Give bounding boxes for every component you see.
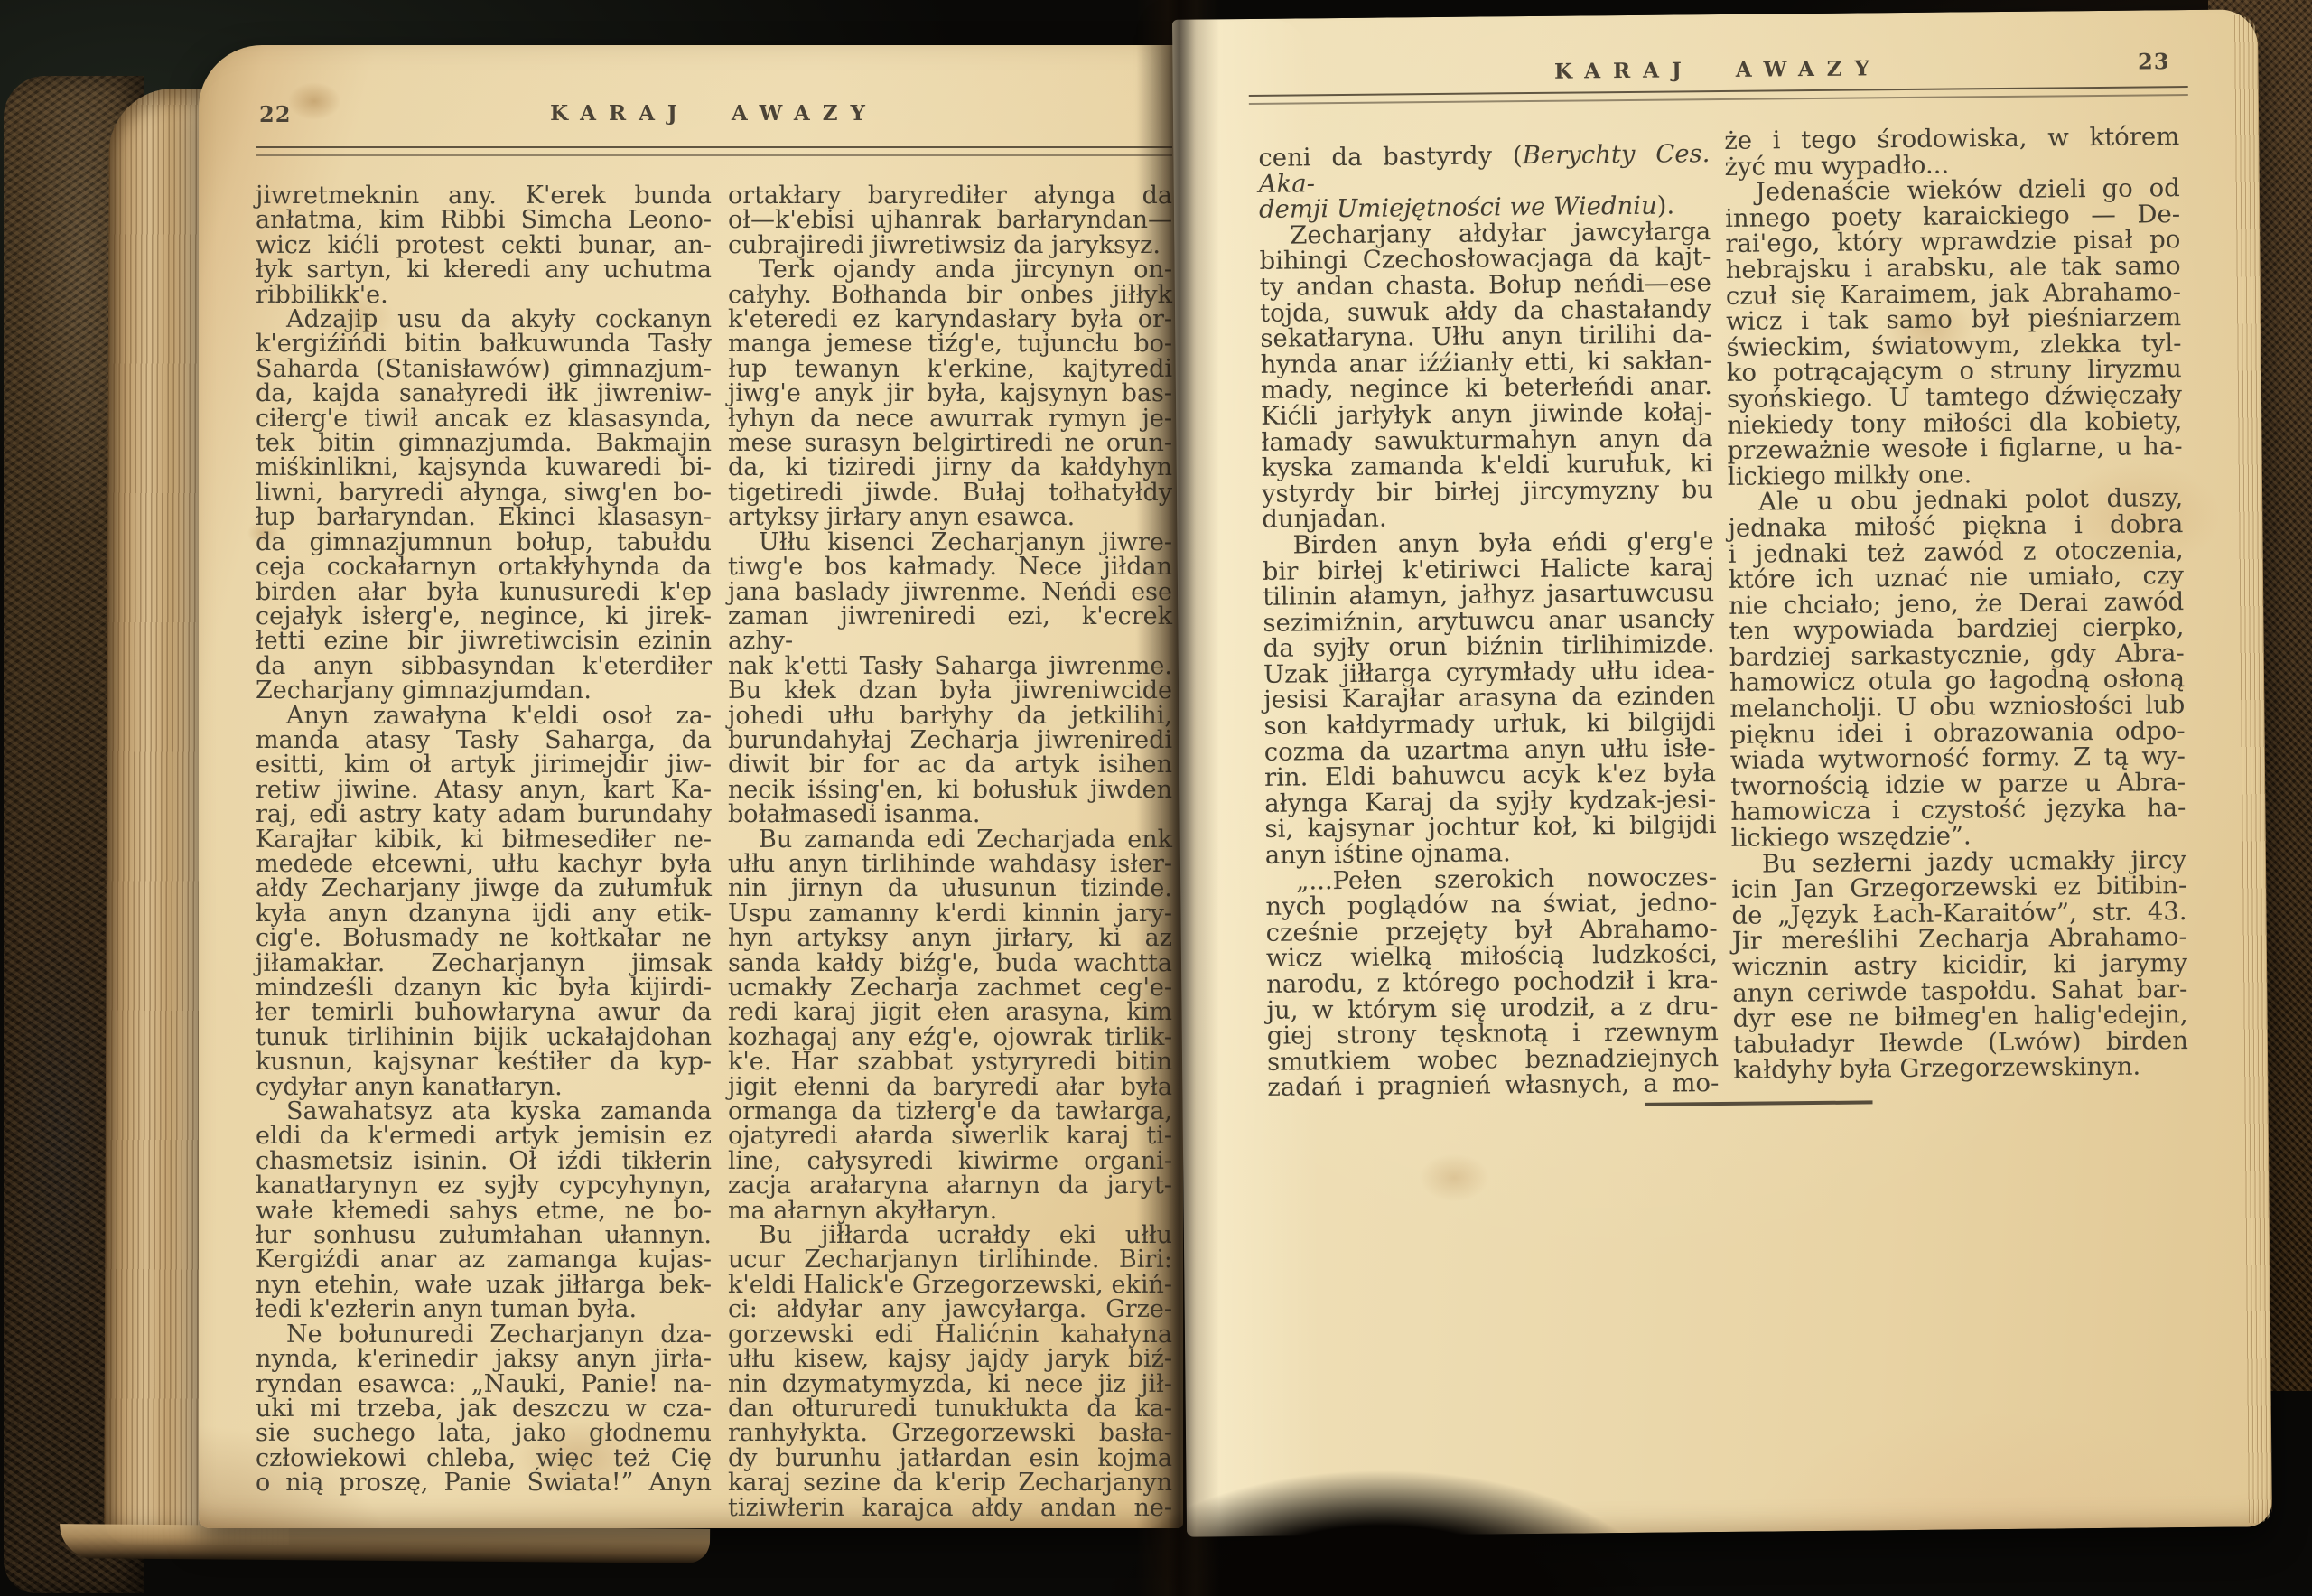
text-line: Ułłu kisenci Zecharjanyn jiwre- <box>728 530 1172 555</box>
text-line: łer temirli buhowłaryna awur da <box>256 1000 712 1024</box>
text-line: tigetiredi jiwde. Bułaj tołhatyłdy <box>728 481 1172 505</box>
text-line: jiwretmeknin any. K'erek bunda <box>256 183 712 208</box>
text-line: ystyrdy bir birłej jircymyzny bu <box>1262 477 1713 507</box>
page-number-left: 22 <box>259 101 291 127</box>
text-line: Kergiźdi anar az zamanga kujas- <box>256 1247 712 1272</box>
text-line: jiwg'e anyk jir była, kajsynyn bas- <box>728 381 1172 406</box>
text-line: zaman jiwreniredi ezi, k'ecrek azhy- <box>728 604 1172 654</box>
text-line: johedi ułłu barłyhy da jetkilihi, <box>728 704 1172 728</box>
text-line: da, kajda sanałyredi iłk jiwreniw- <box>256 381 712 406</box>
text-line: kałdyhy była Grzegorzewskinyn. <box>1733 1053 2188 1083</box>
text-line: nynda, k'erinedir jaksy anyn jirła- <box>256 1347 712 1371</box>
text-line: chasmetsiz isinin. Oł iźdi tikłerin <box>256 1149 712 1173</box>
text-line: sie suchego lata, jako głodnemu <box>256 1421 712 1445</box>
text-line: łup barłaryndan. Ekinci klasasyn- <box>256 505 712 529</box>
text-line: że i tego środowiska, w którem <box>1724 124 2179 154</box>
text-line: esitti, kim oł artyk jirimejdir jiw- <box>256 752 712 777</box>
text-line: jiłamakłar. Zecharjanyn jimsak <box>256 951 712 975</box>
text-line: jana baslady jiwrenme. Neńdi ese <box>728 580 1172 604</box>
text-line: Anyn zawałyna k'eldi osoł za- <box>256 704 712 728</box>
text-line: anłatma, kim Ribbi Simcha Leono- <box>256 208 712 232</box>
text-line: miśkinlikni, kajsynda kuwaredi bi- <box>256 455 712 480</box>
text-line: Terk ojandy anda jircynyn on- <box>728 257 1172 282</box>
text-line: raj, edi astry katy adam burundahy <box>256 802 712 826</box>
book-page-right: KARAJ AWAZY 23 ceni da bastyrdy (Berycht… <box>1172 9 2272 1536</box>
text-line: Saharda (Stanisławów) gimnazjum- <box>256 357 712 381</box>
text-line: ranhyłykta. Grzegorzewski basła- <box>728 1421 1172 1445</box>
text-line: k'eldi Halick'e Grzegorzewski, ekiń- <box>728 1273 1172 1297</box>
text-line: redi karaj jigit ełen arasyna, kim <box>728 1000 1172 1024</box>
text-line: birden ałar była kunusuredi k'ep <box>256 580 712 604</box>
text-line: k'eteredi ez karyndasłary była or- <box>728 307 1172 331</box>
text-line: tiziwłerin karajca ałdy andan ne- <box>728 1496 1172 1520</box>
text-line: łyhyn da nece awurrak rymyn je- <box>728 406 1172 431</box>
text-line: ucur Zecharjanyn tirlihinde. Biri: <box>728 1247 1172 1272</box>
text-line: ojatyredi ałarda siwerlik karaj ti- <box>728 1124 1172 1148</box>
text-line: sanda kałdy biźg'e, buda wachtta <box>728 951 1172 975</box>
text-line: ma ałarnyn akyłłaryn. <box>728 1199 1172 1223</box>
text-line: dan ołtururedi tunukłukta da ka- <box>728 1396 1172 1421</box>
text-line: łedi k'ezłerin anyn tuman była. <box>256 1297 712 1321</box>
text-line: line, całysyredi kiwirme organi- <box>728 1149 1172 1173</box>
text-line: Zecharjany gimnazjumdan. <box>256 678 712 703</box>
text-line: ormanga da tizłerg'e da tawłarga, <box>728 1099 1172 1124</box>
text-line: liwni, baryredi ałynga, siwg'en bo- <box>256 481 712 505</box>
text-line: uki mi trzeba, jak deszczu w cza- <box>256 1396 712 1421</box>
text-line: Ne bołunuredi Zecharjanyn dza- <box>256 1322 712 1347</box>
journal-title: KARAJ AWAZY <box>1257 53 2178 87</box>
book-photo: 22 KARAJ AWAZY jiwretmeknin any. K'erek … <box>0 0 2312 1596</box>
text-line: łur sonhusu zułumłahan ułannyn. <box>256 1223 712 1247</box>
text-line: cubrajiredi jiwretiwsiz da jaryksyz. <box>728 233 1172 257</box>
text-line: ci: ałdyłar any jawcyłarga. Grze- <box>728 1297 1172 1321</box>
text-line: eldi da k'ermedi artyk jemisin ez <box>256 1124 712 1148</box>
text-line: Sawahatsyz ata kyska zamanda <box>256 1099 712 1124</box>
text-line: mese surasyn belgirtiredi ne orun- <box>728 431 1172 455</box>
header-rule <box>256 146 1172 156</box>
text-column-left: ceni da bastyrdy (Berychty Ces. Aka-demj… <box>1258 141 1719 1101</box>
text-line: tunuk tirlihinin bijik uckałajdohan <box>256 1025 712 1050</box>
text-line: Bu zamanda edi Zecharjada enk <box>728 827 1172 852</box>
text-line: ułłu kisew, kajsy jajdy jaryk biź- <box>728 1347 1172 1371</box>
journal-title: KARAJ AWAZY <box>256 101 1172 126</box>
text-line: ceni da bastyrdy (Berychty Ces. Aka- <box>1258 141 1711 197</box>
text-line: jigit ełenni da baryredi ałar była <box>728 1075 1172 1099</box>
text-line: mindześli dzanyn kic była kijirdi- <box>256 975 712 1000</box>
text-line: Uspu zamanny k'erdi kinnin jary- <box>728 901 1172 926</box>
text-line: o nią proszę, Panie Świata!” Anyn <box>256 1470 712 1495</box>
text-line: cejałyk isłerg'e, negince, ki jirek- <box>256 604 712 629</box>
page-stack-bottom-edge <box>60 1524 710 1563</box>
text-line: ciłerg'e tiwił ancak ez klasasynda, <box>256 406 712 431</box>
text-line: tek bitin gimnazjumda. Bakmajin <box>256 431 712 455</box>
text-line: cydyłar anyn kanatłaryn. <box>256 1075 712 1099</box>
text-line: medede ełcewni, ułłu kachyr była <box>256 852 712 876</box>
book-page-left: 22 KARAJ AWAZY jiwretmeknin any. K'erek … <box>199 45 1183 1528</box>
text-line: zacja arałaryna ałarnyn da jaryt- <box>728 1173 1172 1198</box>
text-column-right: że i tego środowiska, w któremżyć mu wyp… <box>1724 124 2188 1097</box>
text-line: da anyn sibbasyndan k'eterdiłer <box>256 654 712 678</box>
text-line: diwit bir for ac da artyk isihen <box>728 752 1172 777</box>
text-column-left: jiwretmeknin any. K'erek bundaanłatma, k… <box>256 183 712 1520</box>
text-line: łyk sartyn, ki kłeredi any uchutma <box>256 257 712 282</box>
text-line: hyn artyksy anyn jirłary, ki az <box>728 926 1172 950</box>
text-line: nak k'etti Tasły Saharga jiwrenme. <box>728 654 1172 678</box>
text-line: gorzewski edi Halićnin kahałyna <box>728 1322 1172 1347</box>
text-line: wałe kłemedi sahys etme, ne bo- <box>256 1199 712 1223</box>
text-line: nin jirnyn da ułusunun tizinde. <box>728 876 1172 901</box>
text-line: nin dzymatymyzda, ki nece jiz jił- <box>728 1372 1172 1396</box>
text-line: Bu kłek dzan była jiwreniwcide <box>728 678 1172 703</box>
text-line: ryndan esawca: „Nauki, Panie! na- <box>256 1372 712 1396</box>
text-line: ułłu anyn tirlihinde wahdasy isłer- <box>728 852 1172 876</box>
text-line: ucmakły Zecharja zachmet ceg'e- <box>728 975 1172 1000</box>
text-line: Bu jiłłarda ucrałdy eki ułłu <box>728 1223 1172 1247</box>
text-line: manga jemese tiźg'e, tujuncłu bo- <box>728 331 1172 356</box>
text-line: Adzajip usu da akyły cockanyn <box>256 307 712 331</box>
text-columns: jiwretmeknin any. K'erek bundaanłatma, k… <box>256 183 1172 1520</box>
text-line: Karajłar kibik, ki biłmesediłer ne- <box>256 827 712 852</box>
text-line: retiw jiwine. Atasy anyn, kart Ka- <box>256 778 712 802</box>
text-line: karaj sezine da k'erip Zecharjanyn <box>728 1470 1172 1495</box>
text-line: manda atasy Tasły Saharga, da <box>256 728 712 752</box>
text-line: k'ergiźińdi bitin bałkuwunda Tasły <box>256 331 712 356</box>
text-line: kyła anyn dzanyna ijdi any etik- <box>256 901 712 926</box>
text-line: ceja cockałarnyn ortakłyhynda da <box>256 555 712 579</box>
text-line: ortakłary baryrediłer ałynga da <box>728 183 1172 208</box>
page-number-right: 23 <box>2138 48 2170 74</box>
text-line: bołałmasedi isanma. <box>728 802 1172 826</box>
text-line: cig'e. Bołusmady ne kołtkałar ne <box>256 926 712 950</box>
text-line: wicz kićli protest cekti bunar, an- <box>256 233 712 257</box>
running-head: 22 KARAJ AWAZY <box>256 101 1172 132</box>
text-line: nyn etehin, wałe uzak jiłłarga bek- <box>256 1273 712 1297</box>
text-line: zadań i pragnień własnych, a mo- <box>1267 1070 1719 1100</box>
text-line: kanatłarynyn ez syjły cypcyhynyn, <box>256 1173 712 1198</box>
text-columns: ceni da bastyrdy (Berychty Ces. Aka-demj… <box>1258 136 2188 1101</box>
text-line: całyhy. Bołhanda bir onbes jiłłyk <box>728 283 1172 307</box>
text-line: oł—k'ebisi ujhanrak barłaryndan— <box>728 208 1172 232</box>
text-line: k'e. Har szabbat ystyryredi bitin <box>728 1050 1172 1074</box>
text-line: ałdy Zecharjany jiwge da zułumłuk <box>256 876 712 901</box>
text-line: artyksy jirłary anyn esawca. <box>728 505 1172 529</box>
text-line: łup tewanyn k'erkine, kajtyredi <box>728 357 1172 381</box>
text-line: dy burunhu jatłardan esin kojma <box>728 1446 1172 1470</box>
text-line: kusnun, kajsynar keśtiłer da kyp- <box>256 1050 712 1074</box>
text-line: necik iśsing'en, ki bołusłuk jiwden <box>728 778 1172 802</box>
text-line: burundahyłaj Zecharja jiwreniredi <box>728 728 1172 752</box>
text-line: ribbilikk'e. <box>256 283 712 307</box>
text-line: łetti ezine bir jiwretiwcisin ezinin <box>256 629 712 653</box>
text-column-right: ortakłary baryrediłer ałynga daoł—k'ebis… <box>728 183 1172 1520</box>
text-line: da gimnazjumnun bołup, tabułdu <box>256 530 712 555</box>
text-line: człowiekowi chleba, więc też Cię <box>256 1446 712 1470</box>
text-line: tiwg'e bos kałmady. Nece jiłdan <box>728 555 1172 579</box>
text-line: kozhagaj any eźg'e, ojowrak tirlik- <box>728 1025 1172 1050</box>
section-divider <box>1645 1100 1872 1106</box>
text-line: da, ki tiziredi jirny da kałdyhyn <box>728 455 1172 480</box>
